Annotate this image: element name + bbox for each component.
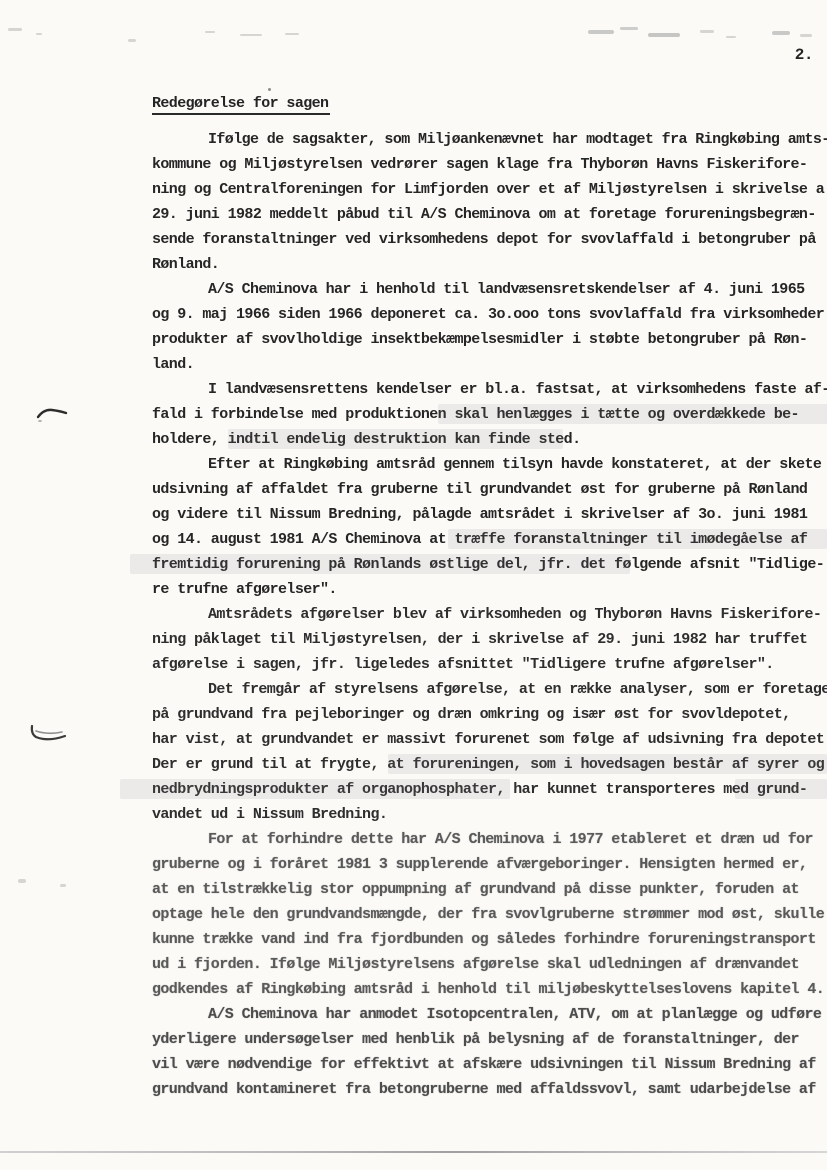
scan-edge-line — [0, 1151, 827, 1153]
scan-speckle — [648, 33, 680, 37]
scan-speckle — [205, 31, 215, 33]
paragraph-7: For at forhindre dette har A/S Cheminova… — [152, 827, 827, 1002]
scan-dot — [268, 88, 271, 91]
document-content: Redegørelse for sagen Ifølge de sagsakte… — [152, 94, 827, 1102]
scan-speckle — [800, 34, 812, 37]
scan-speckle — [726, 36, 736, 38]
paragraph-8: A/S Cheminova har anmodet Isotopcentrale… — [152, 1002, 827, 1102]
scan-speckle — [128, 39, 136, 42]
document-heading: Redegørelse for sagen — [152, 95, 330, 115]
scan-speckle — [772, 31, 790, 35]
paragraph-1: Ifølge de sagsakter, som Miljøankenævnet… — [152, 127, 827, 277]
scan-speckle — [240, 34, 262, 36]
paragraph-6: Det fremgår af styrelsens afgørelse, at … — [152, 677, 827, 827]
paragraph-4: Efter at Ringkøbing amtsråd gennem tilsy… — [152, 452, 827, 602]
scan-speckle — [700, 30, 714, 33]
scan-speckle — [8, 28, 22, 31]
scan-speckle — [60, 884, 66, 887]
scan-speckle — [36, 33, 42, 35]
handwritten-margin-mark — [36, 404, 68, 422]
scan-speckle — [18, 879, 26, 883]
paragraph-3: I landvæsensrettens kendelser er bl.a. f… — [152, 377, 827, 452]
page-number: 2. — [795, 46, 813, 64]
paragraph-2: A/S Cheminova har i henhold til landvæse… — [152, 277, 827, 377]
scan-speckle — [285, 33, 299, 35]
handwritten-margin-mark — [28, 722, 68, 744]
scan-speckle — [620, 27, 638, 30]
scan-speckle — [588, 30, 614, 34]
scanned-document-page: 2. Redegørelse for sagen Ifølge de sagsa… — [0, 0, 827, 1170]
paragraph-5: Amtsrådets afgørelser blev af virksomhed… — [152, 602, 827, 677]
